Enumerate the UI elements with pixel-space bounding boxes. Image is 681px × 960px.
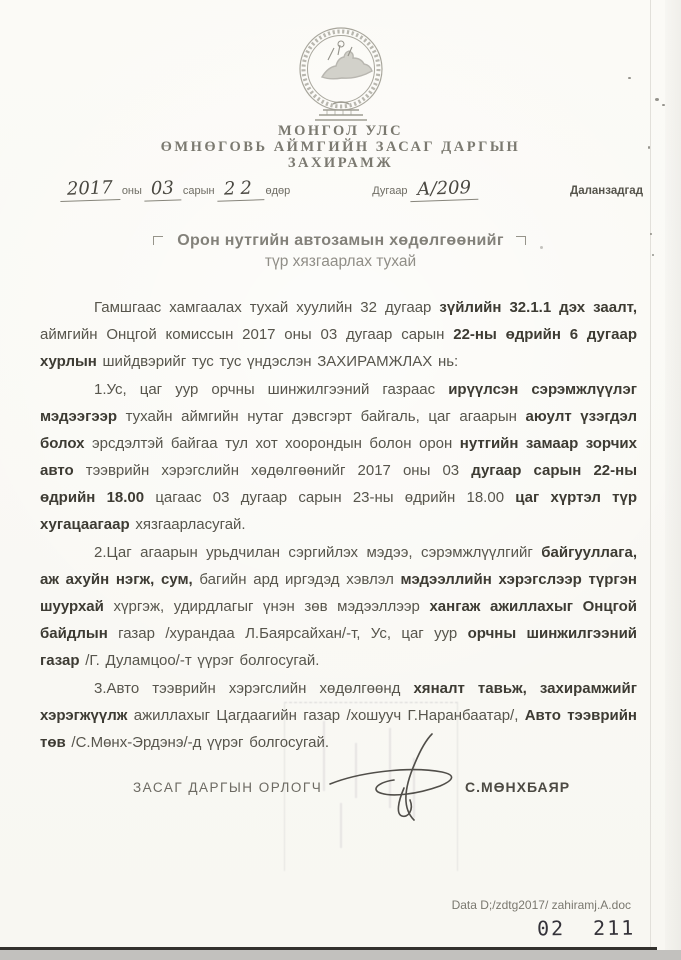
signature-title: ЗАСАГ ДАРГЫН ОРЛОГЧ [133,780,322,795]
country-name: МОНГОЛ УЛС [0,123,681,139]
number-value: А/209 [409,177,478,202]
page-number-stamp: 02 211 [537,916,635,941]
ink-speck [648,146,650,149]
scanned-decree-page: МОНГОЛ УЛС ӨМНӨГОВЬ АЙМГИЙН ЗАСАГ ДАРГЫН… [0,0,681,960]
year-label: оны [120,185,144,197]
dateline: 2017 оны 03 сарын 22 өдөр Дугаар А/209 Д… [60,178,643,201]
crop-mark-left [153,236,163,245]
number-label: Дугаар [370,185,409,197]
year-value: 2017 [60,177,121,202]
month-value: 03 [144,177,182,201]
ink-speck [628,77,631,79]
scanner-background [0,950,681,960]
day-label: өдөр [263,185,292,197]
body-paragraph: 2.Цаг агаарын урьдчилан сэргийлэх мэдээ,… [40,539,637,674]
ink-speck [652,254,654,256]
ink-speck [655,98,659,101]
body-paragraph: 1.Ус, цаг уур орчны шинжилгээний газраас… [40,376,637,538]
document-title: Орон нутгийн автозамын хөдөлгөөнийг түр … [0,230,681,272]
document-type: ЗАХИРАМЖ [0,155,681,171]
crop-mark-right [516,236,526,245]
title-line-1: Орон нутгийн автозамын хөдөлгөөнийг [0,230,681,251]
body-paragraph: Гамшгаас хамгаалах тухай хуулийн 32 дуга… [40,294,637,375]
signature-name: С.МӨНХБАЯР [465,779,570,795]
handwritten-signature-icon [318,728,478,833]
letterhead: МОНГОЛ УЛС ӨМНӨГОВЬ АЙМГИЙН ЗАСАГ ДАРГЫН… [0,123,681,171]
day-value: 22 [216,177,264,202]
mongolia-state-emblem-icon [0,24,681,129]
scan-shadow [665,0,681,960]
ink-speck [662,104,665,106]
ink-speck [650,233,652,235]
issuer-name: ӨМНӨГОВЬ АЙМГИЙН ЗАСАГ ДАРГЫН [0,139,681,155]
file-path: Data D;/zdtg2017/ zahiramj.A.doc [452,898,631,912]
document-body: Гамшгаас хамгаалах тухай хуулийн 32 дуга… [40,294,637,757]
month-label: сарын [181,185,217,197]
paper-edge-line [650,0,651,960]
title-line-2: түр хязгаарлах тухай [0,251,681,272]
place-name: Даланзадгад [570,185,643,197]
ink-speck [540,246,543,249]
